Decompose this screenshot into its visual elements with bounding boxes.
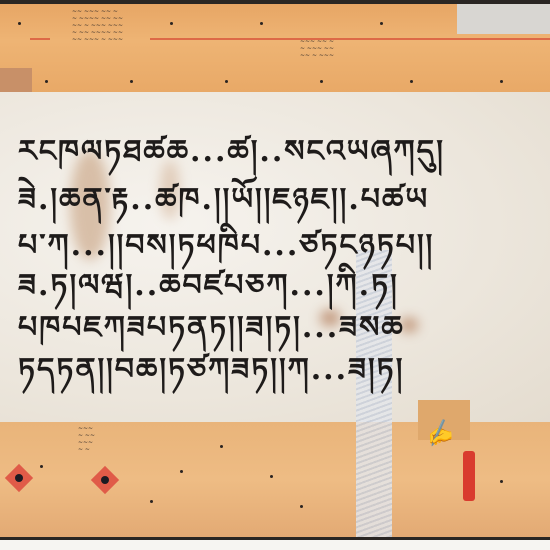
ink-dot xyxy=(320,80,323,83)
ink-dot xyxy=(270,475,273,478)
ink-dot xyxy=(45,80,48,83)
ink-dot xyxy=(500,480,503,483)
ink-dot xyxy=(130,80,133,83)
ink-dot xyxy=(40,465,43,468)
handwritten-scribble: ~~ ~~~ ~~ ~ ~ ~~~~ ~~ ~~ ~~ ~ ~~~ ~~~ ~ … xyxy=(72,8,123,43)
red-dash-line xyxy=(30,38,50,40)
ink-dot xyxy=(18,22,21,25)
ink-dot xyxy=(410,80,413,83)
red-dash-line xyxy=(470,38,550,40)
handwritten-scribble: ~~~ ~ ~~ ~~~ ~ ~ xyxy=(78,425,95,453)
ink-dot xyxy=(260,22,263,25)
artwork-painting: ~~ ~~~ ~~ ~ ~ ~~~~ ~~ ~~ ~~ ~ ~~~ ~~~ ~ … xyxy=(0,0,550,550)
ink-dot xyxy=(500,80,503,83)
ink-dot xyxy=(150,500,153,503)
ink-dot xyxy=(180,470,183,473)
background-wall xyxy=(0,540,550,550)
ink-dot xyxy=(225,80,228,83)
ink-dot xyxy=(220,445,223,448)
ink-dot xyxy=(300,505,303,508)
handwritten-scribble: ~~~ ~~ ~ ~ ~~~ ~~ ~~ ~ ~~~ xyxy=(300,38,334,59)
script-line-6: ཏདཏན།།བཆ།ཏཙཀཟཏ།།ཀ...ཟ།ཏ། xyxy=(18,336,404,420)
ink-dot xyxy=(380,22,383,25)
gray-collage-patch xyxy=(457,4,550,34)
red-paint-bar xyxy=(463,451,475,501)
left-collage-patch xyxy=(0,68,32,92)
ink-dot xyxy=(170,22,173,25)
handwritten-text-strip-lower xyxy=(356,420,392,537)
